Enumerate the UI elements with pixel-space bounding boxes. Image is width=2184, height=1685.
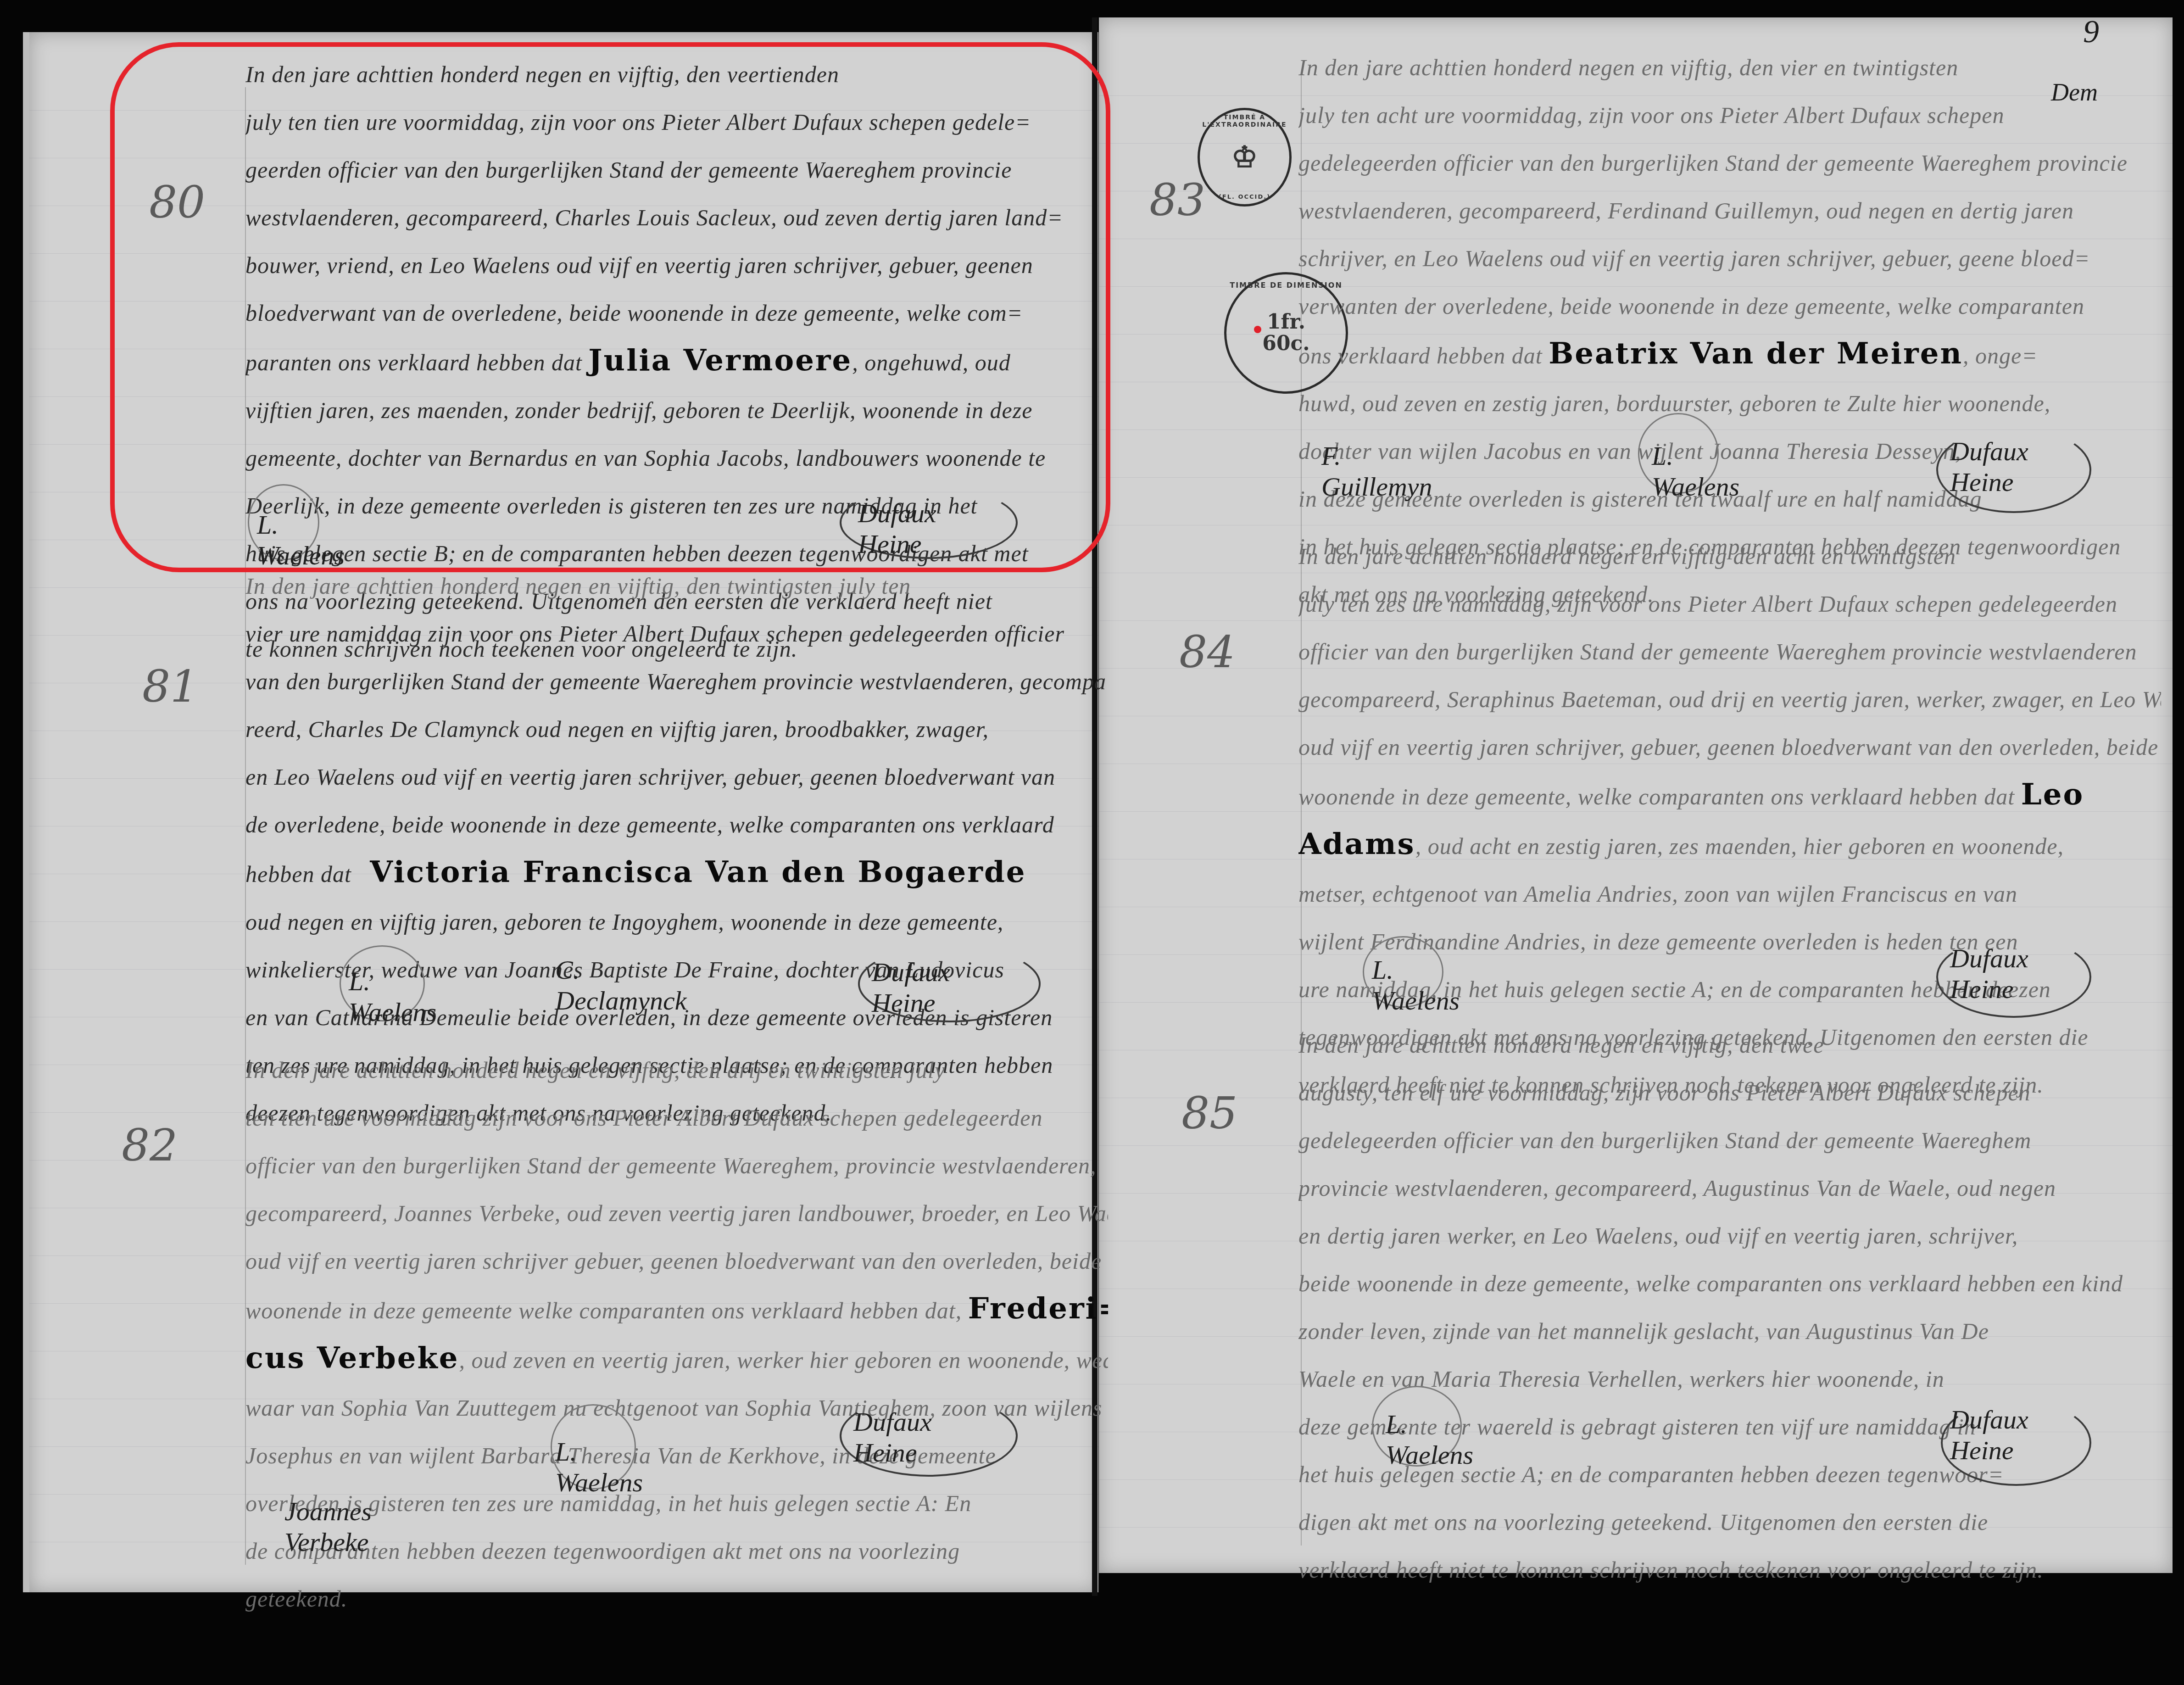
entry-text: In den jare achttien honderd negen en vi… [1298, 1021, 2161, 1594]
signature: Dufaux Heine [1950, 436, 2028, 497]
text-fragment: hebben dat [245, 861, 351, 887]
signature: L. Waelens [257, 509, 345, 571]
text-line: zonder leven, zijnde van het mannelijk g… [1298, 1307, 2161, 1355]
text-line: gemeente, dochter van Bernardus en van S… [245, 434, 1108, 482]
text-line: gedelegeerden officier van den burgerlij… [1298, 139, 2161, 187]
signature: Dufaux Heine [853, 1406, 932, 1468]
text-line: metser, echtgenoot van Amelia Andries, z… [1298, 870, 2161, 918]
stamp-bottom-text: (FL. OCCID.) [1200, 194, 1289, 201]
entry-number: 80 [149, 177, 205, 228]
text-line: vier ure namiddag zijn voor ons Pieter A… [245, 610, 1108, 658]
text-line: ons verklaard hebben dat Beatrix Van der… [1298, 330, 2161, 379]
entry-text: In den jare achttien honderd negen en vi… [245, 1046, 1108, 1623]
text-fragment: woonende in deze gemeente welke comparan… [245, 1298, 962, 1323]
deceased-name-part1: Frederi= [968, 1291, 1108, 1326]
text-line: woonende in deze gemeente welke comparan… [245, 1285, 1108, 1334]
deceased-name: Julia Vermoere [588, 343, 852, 378]
text-fragment: woonende in deze gemeente, welke compara… [1298, 784, 2015, 809]
text-line: july ten zes ure namiddag, zijn voor ons… [1298, 580, 2161, 628]
entry-number: 84 [1179, 626, 1235, 678]
text-fragment: ons verklaard hebben dat [1298, 343, 1543, 368]
text-line: de overledene, beide woonende in deze ge… [245, 801, 1108, 848]
text-line: gecompareerd, Joannes Verbeke, oud zeven… [245, 1189, 1108, 1237]
text-line: digen akt met ons na voorlezing geteeken… [1298, 1498, 2161, 1546]
text-line: july ten acht ure voormiddag, zijn voor … [1298, 91, 2161, 139]
text-line: bouwer, vriend, en Leo Waelens oud vijf … [245, 241, 1108, 289]
stamp-ring-text: TIMBRÉ À L'EXTRAORDINAIRE [1200, 114, 1289, 128]
text-line: reerd, Charles De Clamynck oud negen en … [245, 705, 1108, 753]
deceased-name: Victoria Francisca Van den Bogaerde [370, 855, 1026, 889]
signature: L. Waelens [1386, 1409, 1473, 1470]
signature: L. Waelens [555, 1436, 643, 1498]
deceased-name-part2: Adams [1298, 827, 1415, 861]
text-line: july ten tien ure voormiddag, zijn voor … [245, 98, 1108, 146]
text-line: officier van den burgerlijken Stand der … [1298, 628, 2161, 675]
text-line: oud vijf en veertig jaren schrijver, geb… [1298, 723, 2161, 771]
text-line: gecompareerd, Seraphinus Baeteman, oud d… [1298, 675, 2161, 723]
text-line: van den burgerlijken Stand der gemeente … [245, 658, 1108, 705]
signature: C. Declamynck [555, 954, 687, 1016]
text-line: schrijver, en Leo Waelens oud vijf en ve… [1298, 234, 2161, 282]
deceased-name-part1: Leo [2021, 777, 2084, 812]
text-line: de comparanten hebben deezen tegenwoordi… [245, 1527, 1108, 1575]
text-line: westvlaenderen, gecompareerd, Charles Lo… [245, 194, 1108, 241]
text-fragment: , oud zeven en veertig jaren, werker hie… [459, 1347, 1108, 1373]
signature: Dufaux Heine [1950, 943, 2028, 1004]
extraordinary-stamp: TIMBRÉ À L'EXTRAORDINAIRE ♔ (FL. OCCID.) [1198, 108, 1292, 206]
text-fragment: , ongehuwd, oud [852, 350, 1011, 375]
text-line: gedelegeerden officier van den burgerlij… [1298, 1116, 2161, 1164]
text-fragment: , onge= [1963, 343, 2038, 368]
text-line: vijftien jaren, zes maenden, zonder bedr… [245, 386, 1108, 434]
text-line: westvlaenderen, gecompareerd, Ferdinand … [1298, 187, 2161, 234]
deceased-name-part2: cus Verbeke [245, 1341, 459, 1375]
text-line: paranten ons verklaard hebben dat Julia … [245, 337, 1108, 386]
signature: Dufaux Heine [858, 498, 936, 559]
text-line: oud negen en vijftig jaren, geboren te I… [245, 898, 1108, 946]
text-line: provincie westvlaenderen, gecompareerd, … [1298, 1164, 2161, 1212]
signature: L. Waelens [1372, 954, 1460, 1016]
text-line: overleden is gisteren ten zes ure namidd… [245, 1479, 1108, 1527]
signature: L. Waelens [349, 966, 436, 1027]
text-line: verklaerd heeft niet te konnen schrijven… [1298, 1546, 2161, 1594]
signature: L. Waelens [1652, 441, 1739, 502]
text-line: woonende in deze gemeente, welke compara… [1298, 771, 2161, 820]
entry-number: 83 [1149, 174, 1205, 226]
signature: Dufaux Heine [872, 957, 950, 1018]
text-line: beide woonende in deze gemeente, welke c… [1298, 1260, 2161, 1307]
text-line: en dertig jaren werker, en Leo Waelens, … [1298, 1212, 2161, 1260]
text-line: In den jare achttien honderd negen en vi… [245, 1046, 1108, 1094]
text-line: en Leo Waelens oud vijf en veertig jaren… [245, 753, 1108, 801]
crowned-lion-icon: ♔ [1231, 142, 1258, 173]
entry-number: 81 [142, 661, 198, 712]
text-line: augusty, ten elf ure voormiddag, zijn vo… [1298, 1069, 2161, 1116]
text-line: oud vijf en veertig jaren schrijver gebu… [245, 1237, 1108, 1285]
text-line: In den jare achttien honderd negen en vi… [1298, 532, 2161, 580]
signature: F. Guillemyn [1321, 441, 1432, 502]
text-line: cus Verbeke, oud zeven en veertig jaren,… [245, 1334, 1108, 1384]
text-line: In den jare achttien honderd negen en vi… [245, 562, 1108, 610]
deceased-name: Beatrix Van der Meiren [1549, 336, 1963, 371]
text-line: ten tien ure voormiddag zijn voor ons Pi… [245, 1094, 1108, 1142]
text-line: huwd, oud zeven en zestig jaren, borduur… [1298, 379, 2161, 427]
text-line: In den jare achttien honderd negen en vi… [1298, 44, 2161, 91]
text-fragment: paranten ons verklaard hebben dat [245, 350, 582, 375]
red-dot-marker [1254, 326, 1261, 333]
text-fragment: , oud acht en zestig jaren, zes maenden,… [1415, 833, 2064, 859]
text-line: hebben dat Victoria Francisca Van den Bo… [245, 848, 1108, 898]
text-line: geteekend. [245, 1575, 1108, 1623]
entry-number: 85 [1181, 1088, 1237, 1139]
text-line: geerden officier van den burgerlijken St… [245, 146, 1108, 194]
text-line: In den jare achttien honderd negen en vi… [1298, 1021, 2161, 1069]
text-line: officier van den burgerlijken Stand der … [245, 1142, 1108, 1189]
signature: Dufaux Heine [1950, 1404, 2028, 1466]
text-line: verwanten der overledene, beide woonende… [1298, 282, 2161, 330]
text-line: Adams, oud acht en zestig jaren, zes mae… [1298, 820, 2161, 870]
text-line: bloedverwant van de overledene, beide wo… [245, 289, 1108, 337]
text-line: In den jare achttien honderd negen en vi… [245, 50, 1108, 98]
entry-number: 82 [122, 1120, 178, 1171]
signature: Joannes Verbeke [284, 1496, 372, 1557]
